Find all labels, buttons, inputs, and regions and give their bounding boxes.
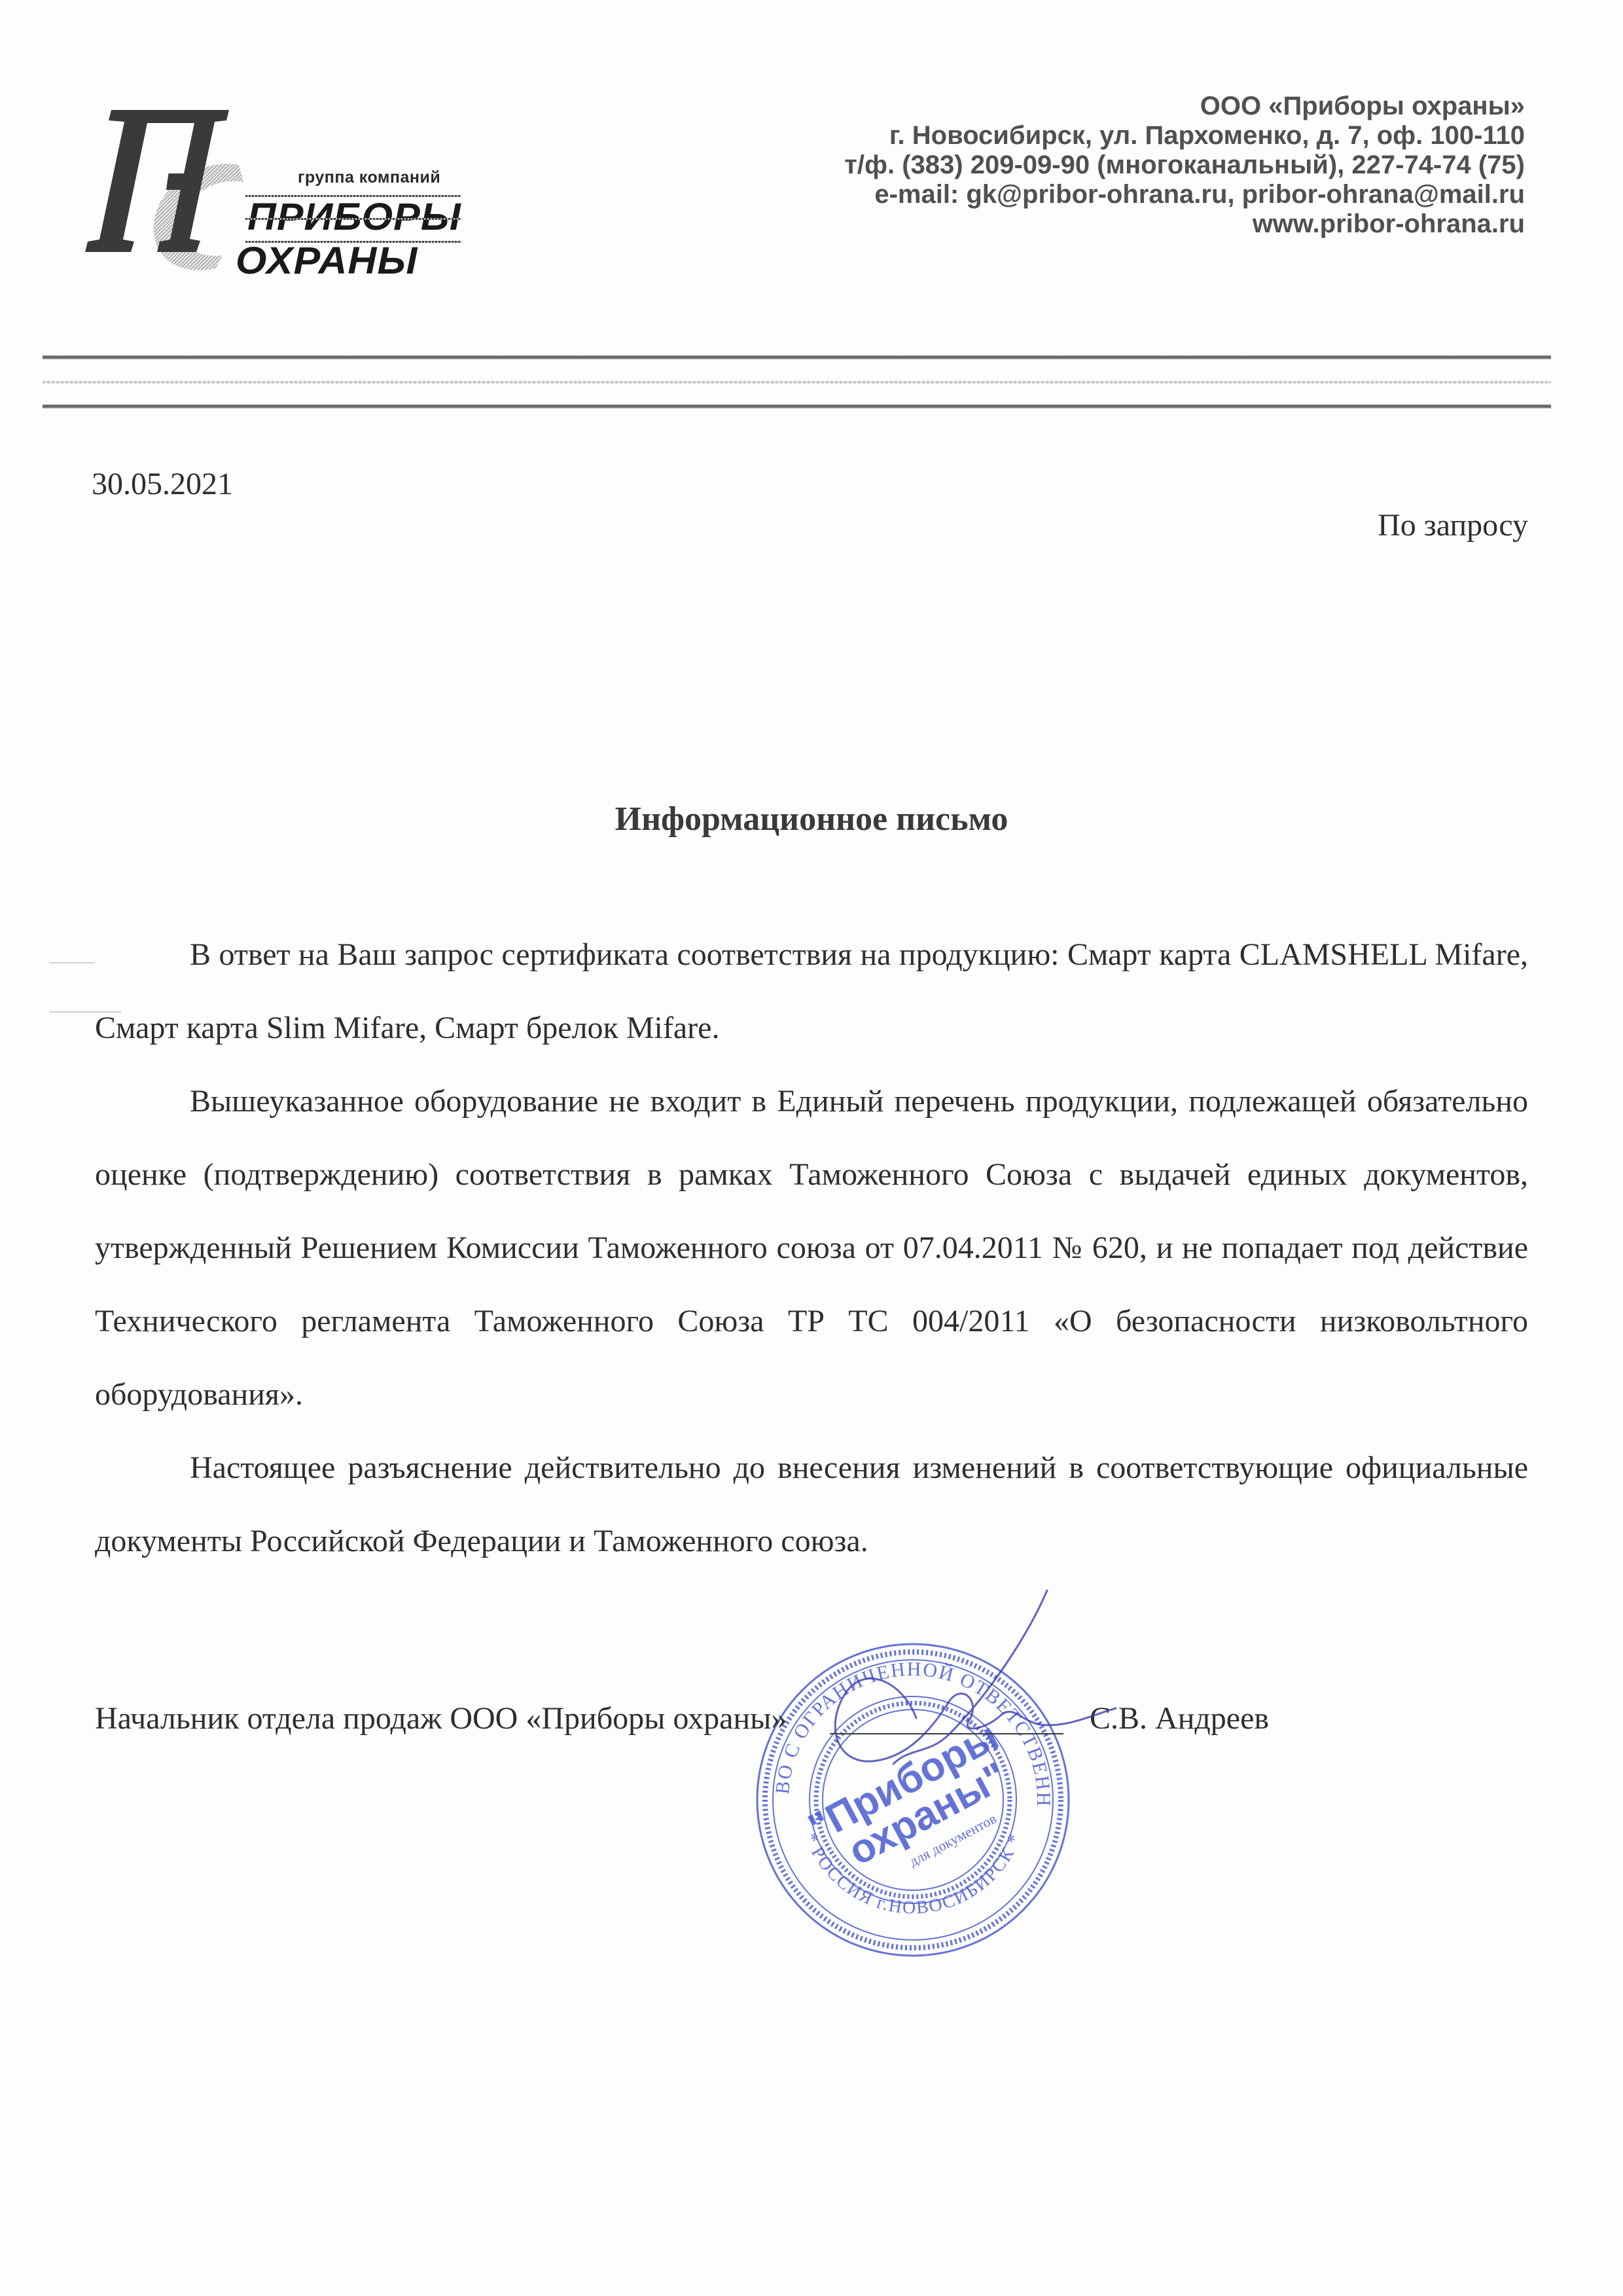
handwritten-signature-icon bbox=[753, 1584, 1119, 1780]
letter-page: группа компаний ПРИБОРЫ ОХРАНЫ ООО «Приб… bbox=[0, 0, 1623, 2296]
scan-artifact bbox=[49, 1011, 121, 1013]
company-contacts: ООО «Приборы охраны» г. Новосибирск, ул.… bbox=[844, 92, 1525, 239]
company-name: ООО «Приборы охраны» bbox=[844, 92, 1525, 121]
letter-addressee: По запросу bbox=[1378, 507, 1528, 543]
logo-rule bbox=[245, 241, 461, 243]
company-email[interactable]: e-mail: gk@pribor-ohrana.ru, pribor-ohra… bbox=[844, 180, 1525, 209]
company-website[interactable]: www.pribor-ohrana.ru bbox=[844, 209, 1525, 239]
company-phone: т/ф. (383) 209-09-90 (многоканальный), 2… bbox=[844, 151, 1525, 180]
signatory-position: Начальник отдела продаж ООО «Приборы охр… bbox=[95, 1700, 787, 1736]
scan-artifact bbox=[49, 962, 95, 963]
company-logo: группа компаний ПРИБОРЫ ОХРАНЫ bbox=[72, 92, 465, 288]
header-divider-middle bbox=[43, 381, 1551, 384]
body-paragraph-1: В ответ на Ваш запрос сертификата соотве… bbox=[95, 918, 1528, 1065]
logo-tagline: группа компаний bbox=[298, 168, 440, 187]
logo-rule bbox=[245, 218, 461, 220]
header-divider-top bbox=[43, 355, 1551, 359]
body-paragraph-3: Настоящее разъяснение действительно до в… bbox=[95, 1431, 1528, 1578]
letter-body: В ответ на Ваш запрос сертификата соотве… bbox=[95, 918, 1528, 1578]
letter-date: 30.05.2021 bbox=[92, 466, 233, 502]
company-address: г. Новосибирск, ул. Пархоменко, д. 7, оф… bbox=[844, 121, 1525, 151]
logo-name-line2: ОХРАНЫ bbox=[236, 242, 418, 280]
header-divider-bottom bbox=[43, 404, 1551, 408]
body-paragraph-2: Вышеуказанное оборудование не входит в Е… bbox=[95, 1065, 1528, 1431]
logo-name-line1: ПРИБОРЫ bbox=[247, 198, 461, 236]
letter-title: Информационное письмо bbox=[0, 800, 1623, 838]
